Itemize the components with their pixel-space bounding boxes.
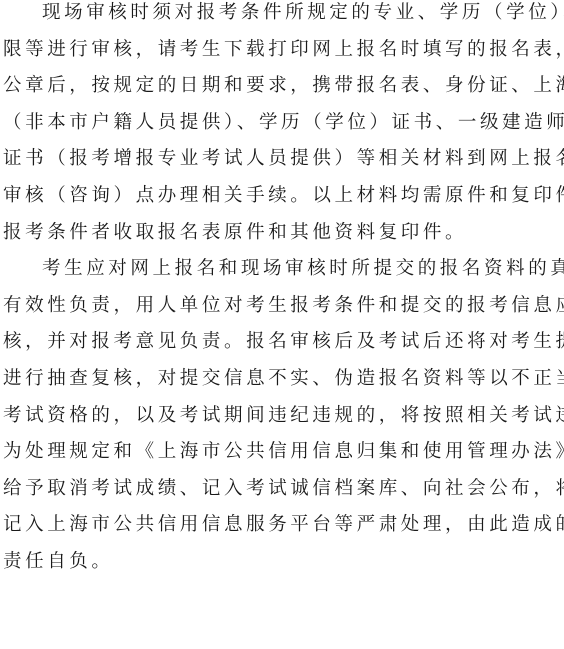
text-line: 审核（咨询）点办理相关手续。以上材料均需原件和复印件，对符合 — [3, 178, 559, 215]
text-line: 记入上海市公共信用信息服务平台等严肃处理，由此造成的一切后果 — [3, 507, 559, 544]
paragraph-candidate-responsibility: 考生应对网上报名和现场审核时所提交的报名资料的真实性和 有效性负责，用人单位对考… — [3, 251, 559, 580]
text-line: 核，并对报考意见负责。报名审核后及考试后还将对考生提交的资料 — [3, 324, 559, 361]
text-line: 给予取消考试成绩、记入考试诚信档案库、向社会公布，将失信情况 — [3, 471, 559, 508]
paragraph-onsite-review: 现场审核时须对报考条件所规定的专业、学历（学位）、工作年 限等进行审核，请考生下… — [3, 0, 559, 251]
document-body: 现场审核时须对报考条件所规定的专业、学历（学位）、工作年 限等进行审核，请考生下… — [3, 0, 559, 581]
text-line: 证书（报考增报专业考试人员提供）等相关材料到网上报名时选择的 — [3, 141, 559, 178]
text-line: 为处理规定和《上海市公共信用信息归集和使用管理办法》的规定， — [3, 434, 559, 471]
text-line: 现场审核时须对报考条件所规定的专业、学历（学位）、工作年 — [3, 0, 559, 32]
text-line: （非本市户籍人员提供）、学历（学位）证书、一级建造师执业资格 — [3, 105, 559, 142]
text-line: 限等进行审核，请考生下载打印网上报名时填写的报名表，加盖单位 — [3, 32, 559, 69]
text-line: 报考条件者收取报名表原件和其他资料复印件。 — [3, 215, 559, 252]
text-line: 进行抽查复核，对提交信息不实、伪造报名资料等以不正当手段获取 — [3, 361, 559, 398]
text-line: 责任自负。 — [3, 544, 559, 581]
text-line: 考生应对网上报名和现场审核时所提交的报名资料的真实性和 — [3, 251, 559, 288]
text-line: 有效性负责，用人单位对考生报考条件和提交的报考信息应认真审 — [3, 288, 559, 325]
text-line: 考试资格的，以及考试期间违纪违规的，将按照相关考试违纪违规行 — [3, 398, 559, 435]
text-line: 公章后，按规定的日期和要求，携带报名表、身份证、上海市居住证 — [3, 68, 559, 105]
